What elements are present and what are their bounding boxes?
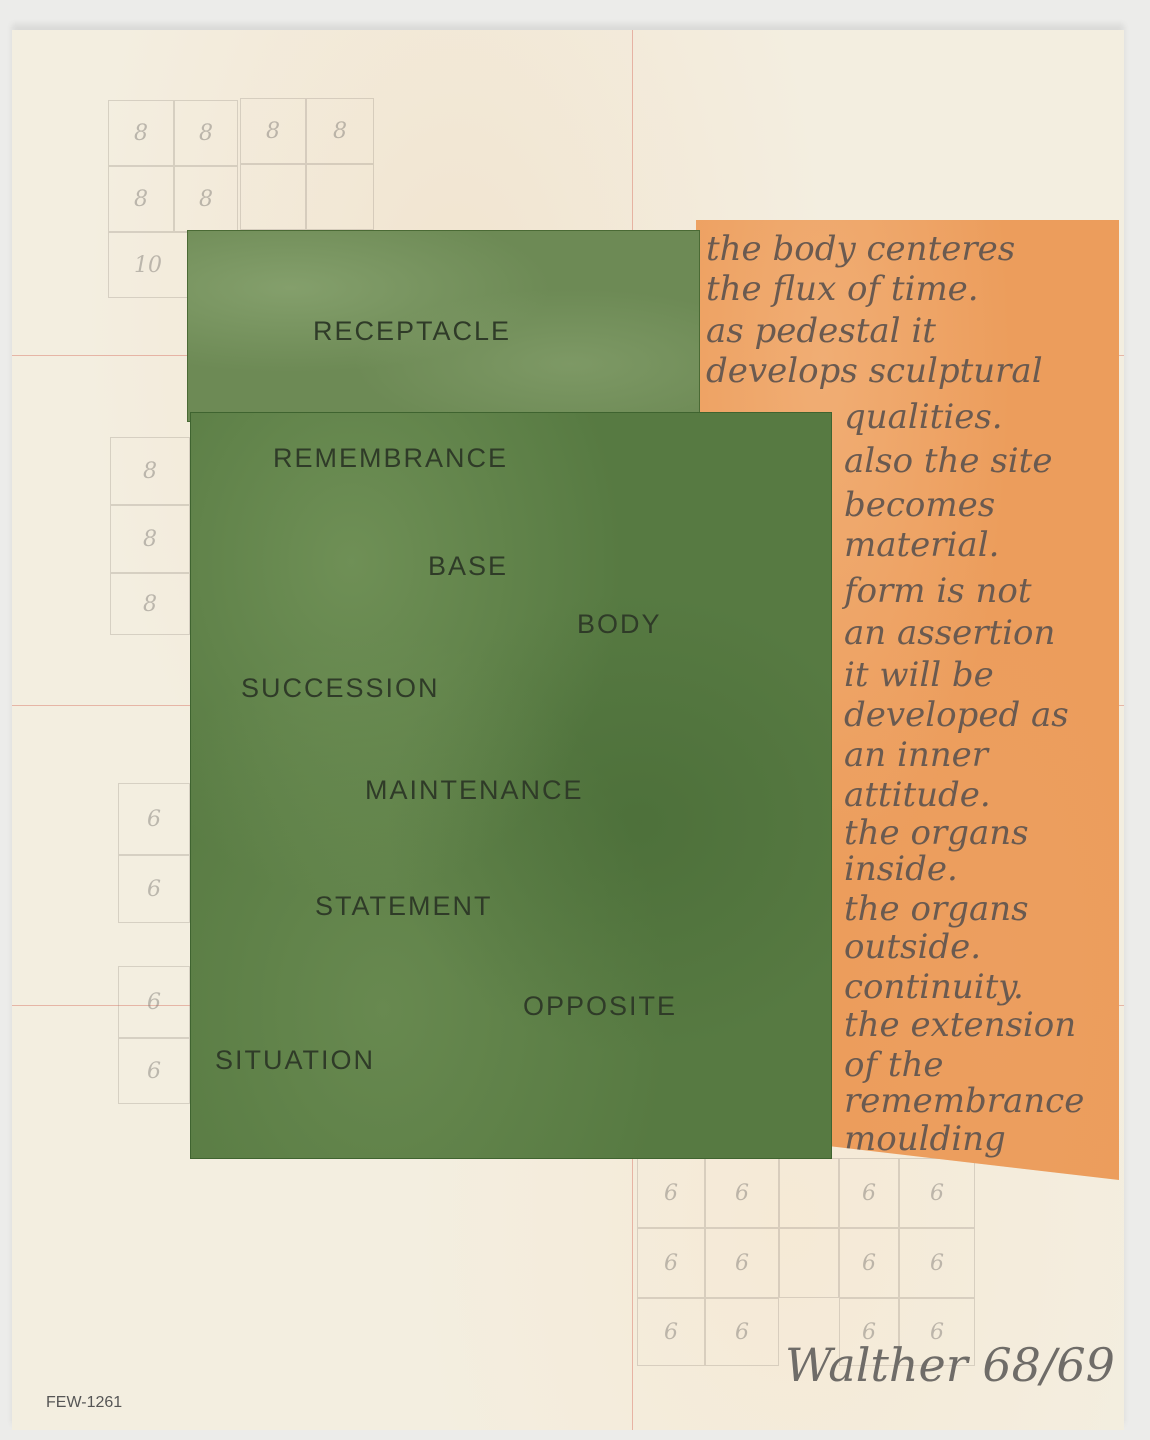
grid-cell: 6	[637, 1298, 705, 1366]
inventory-number: FEW-1261	[46, 1394, 122, 1412]
text-line: it will be	[844, 656, 994, 696]
text-line: also the site	[844, 442, 1052, 482]
grid-cell: 6	[705, 1158, 779, 1228]
text-line: inside.	[844, 850, 958, 890]
label-statement: STATEMENT	[315, 891, 493, 922]
grid-cell: 8	[174, 100, 238, 166]
label-receptacle: RECEPTACLE	[313, 316, 511, 347]
label-succession: SUCCESSION	[241, 673, 440, 704]
grid-cell: 8	[110, 437, 190, 505]
grid-cell: 6	[839, 1158, 899, 1228]
green-block-main: REMEMBRANCE BASE BODY SUCCESSION MAINTEN…	[190, 412, 832, 1159]
grid-cell: 6	[705, 1228, 779, 1298]
text-line: develops sculptural	[706, 352, 1043, 392]
grid-cell: 8	[306, 98, 374, 164]
grid-cell	[779, 1158, 839, 1228]
text-line: continuity.	[844, 968, 1024, 1008]
text-line: becomes	[844, 486, 995, 526]
text-line: an inner	[844, 736, 988, 776]
text-line: the extension	[844, 1006, 1076, 1046]
label-body: BODY	[577, 609, 662, 640]
grid-cell: 6	[637, 1228, 705, 1298]
label-situation: SITUATION	[215, 1045, 375, 1076]
grid-cell: 6	[637, 1158, 705, 1228]
text-line: as pedestal it	[706, 312, 936, 352]
grid-cell: 8	[240, 98, 306, 164]
text-line: qualities.	[844, 398, 1003, 438]
grid-cell	[240, 164, 306, 230]
grid-cell: 8	[108, 166, 174, 232]
grid-cell	[306, 164, 374, 230]
text-line: material.	[844, 526, 999, 566]
grid-cell: 6	[899, 1158, 975, 1228]
grid-cell: 6	[839, 1228, 899, 1298]
label-base: BASE	[428, 551, 508, 582]
grid-cell: 8	[110, 505, 190, 573]
text-line: the organs	[844, 814, 1029, 854]
text-line: attitude.	[844, 776, 991, 816]
grid-cell: 6	[118, 1038, 190, 1104]
text-line: developed as	[844, 696, 1069, 736]
grid-cell: 10	[108, 232, 188, 298]
text-line: outside.	[844, 928, 981, 968]
grid-cell: 6	[899, 1228, 975, 1298]
text-line: form is not	[844, 572, 1032, 612]
grid-cell: 6	[705, 1298, 779, 1366]
green-block-receptacle: RECEPTACLE	[187, 230, 700, 422]
grid-cell	[779, 1228, 839, 1298]
text-line: remembrance	[844, 1082, 1084, 1122]
grid-cell: 6	[118, 966, 190, 1038]
artist-signature: Walther 68/69	[785, 1338, 1115, 1392]
grid-cell: 8	[108, 100, 174, 166]
label-remembrance: REMEMBRANCE	[273, 443, 508, 474]
text-line: of the	[844, 1046, 944, 1086]
grid-cell: 8	[110, 573, 190, 635]
label-opposite: OPPOSITE	[523, 991, 677, 1022]
grid-cell: 6	[118, 855, 190, 923]
grid-cell: 6	[118, 783, 190, 855]
text-line: the body centeres	[706, 230, 1015, 270]
text-line: an assertion	[844, 614, 1055, 654]
text-line: the organs	[844, 890, 1029, 930]
text-line: the flux of time.	[706, 270, 979, 310]
label-maintenance: MAINTENANCE	[365, 775, 584, 806]
grid-cell: 8	[174, 166, 238, 232]
